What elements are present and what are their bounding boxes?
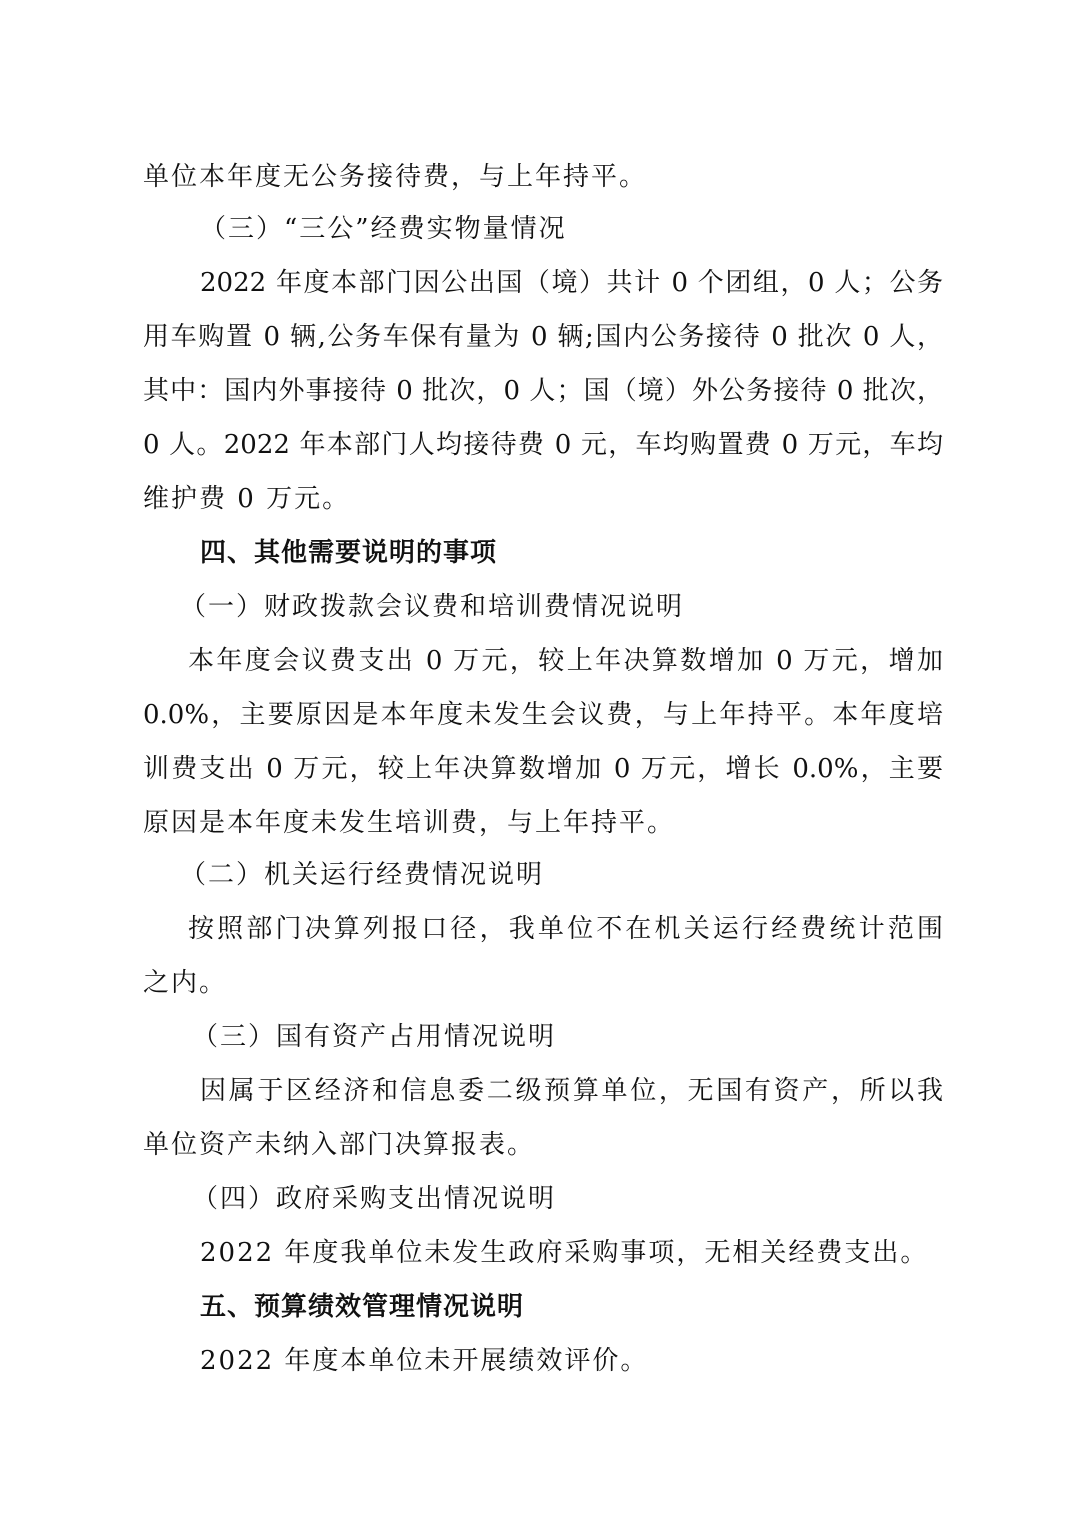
subheading-government-procurement: （四）政府采购支出情况说明 bbox=[192, 1182, 943, 1216]
paragraph-line: 用车购置 0 辆,公务车保有量为 0 辆;国内公务接待 0 批次 0 人， bbox=[143, 320, 943, 354]
paragraph-line: 2022 年度我单位未发生政府采购事项，无相关经费支出。 bbox=[200, 1236, 943, 1270]
section-heading-other-matters: 四、其他需要说明的事项 bbox=[200, 536, 943, 570]
paragraph-line: 因属于区经济和信息委二级预算单位，无国有资产，所以我 bbox=[200, 1074, 943, 1108]
paragraph-line: 其中：国内外事接待 0 批次，0 人；国（境）外公务接待 0 批次， bbox=[143, 374, 943, 408]
subheading-meeting-training-fees: （一）财政拨款会议费和培训费情况说明 bbox=[180, 590, 943, 624]
paragraph-line: 2022 年度本单位未开展绩效评价。 bbox=[200, 1344, 943, 1378]
subheading-state-assets: （三）国有资产占用情况说明 bbox=[192, 1020, 943, 1054]
paragraph-line: 按照部门决算列报口径，我单位不在机关运行经费统计范围 bbox=[188, 912, 943, 946]
section-heading-performance-management: 五、预算绩效管理情况说明 bbox=[200, 1290, 943, 1324]
paragraph-line: 0 人。2022 年本部门人均接待费 0 元，车均购置费 0 万元，车均 bbox=[143, 428, 943, 462]
paragraph-line: 2022 年度本部门因公出国（境）共计 0 个团组，0 人；公务 bbox=[200, 266, 943, 300]
subheading-three-public-quantity: （三）“三公”经费实物量情况 bbox=[200, 212, 943, 246]
paragraph-line: 单位资产未纳入部门决算报表。 bbox=[143, 1128, 943, 1162]
paragraph-line: 训费支出 0 万元，较上年决算数增加 0 万元，增长 0.0%，主要 bbox=[143, 752, 943, 786]
paragraph-line: 之内。 bbox=[143, 966, 943, 1000]
paragraph-line: 0.0%，主要原因是本年度未发生会议费，与上年持平。本年度培 bbox=[143, 698, 943, 732]
paragraph-line: 单位本年度无公务接待费，与上年持平。 bbox=[143, 160, 943, 194]
paragraph-line: 维护费 0 万元。 bbox=[143, 482, 943, 516]
paragraph-line: 本年度会议费支出 0 万元，较上年决算数增加 0 万元，增加 bbox=[188, 644, 943, 678]
paragraph-line: 原因是本年度未发生培训费，与上年持平。 bbox=[143, 806, 943, 840]
subheading-operating-expenses: （二）机关运行经费情况说明 bbox=[180, 858, 943, 892]
document-page: 单位本年度无公务接待费，与上年持平。 （三）“三公”经费实物量情况 2022 年… bbox=[0, 0, 1074, 1520]
